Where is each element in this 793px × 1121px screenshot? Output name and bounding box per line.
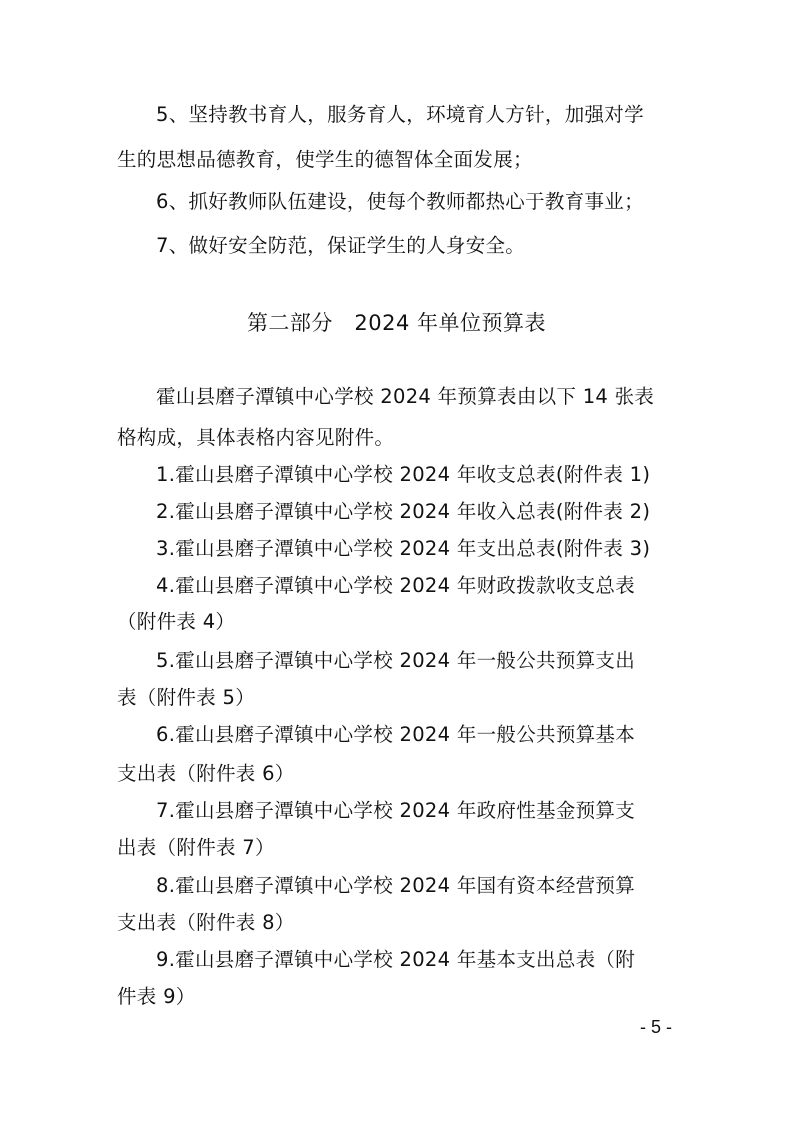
table-item-1: 1.霍山县磨子潭镇中心学校 2024 年收支总表(附件表 1) [156,463,650,487]
goal-5-line-1: 5、坚持教书育人，服务育人，环境育人方针，加强对学 [156,103,644,127]
table-item-8-line-1: 8.霍山县磨子潭镇中心学校 2024 年国有资本经营预算 [156,874,635,898]
table-item-4-line-1: 4.霍山县磨子潭镇中心学校 2024 年财政拨款收支总表 [156,574,635,598]
table-item-5-line-1: 5.霍山县磨子潭镇中心学校 2024 年一般公共预算支出 [156,649,635,673]
table-item-6-line-2: 支出表（附件表 6） [117,762,295,786]
goal-6-line-1: 6、抓好教师队伍建设，使每个教师都热心于教育事业； [156,190,644,214]
goal-5-line-2: 生的思想品德教育，使学生的德智体全面发展； [117,148,533,172]
page-number: - 5 - [640,1016,672,1038]
table-item-6-line-1: 6.霍山县磨子潭镇中心学校 2024 年一般公共预算基本 [156,723,635,747]
table-item-8-line-2: 支出表（附件表 8） [117,911,295,935]
goal-7-line-1: 7、做好安全防范，保证学生的人身安全。 [156,234,525,258]
section-heading: 第二部分 2024 年单位预算表 [0,310,793,336]
table-item-7-line-1: 7.霍山县磨子潭镇中心学校 2024 年政府性基金预算支 [156,799,635,823]
intro-line-1: 霍山县磨子潭镇中心学校 2024 年预算表由以下 14 张表 [156,385,654,409]
table-item-5-line-2: 表（附件表 5） [117,686,255,710]
table-item-9-line-1: 9.霍山县磨子潭镇中心学校 2024 年基本支出总表（附 [156,948,635,972]
intro-line-2: 格构成，具体表格内容见附件。 [117,426,394,450]
table-item-2: 2.霍山县磨子潭镇中心学校 2024 年收入总表(附件表 2) [156,500,650,524]
table-item-7-line-2: 出表（附件表 7） [117,836,275,860]
table-item-4-line-2: （附件表 4） [117,610,235,634]
table-item-9-line-2: 件表 9） [117,985,196,1009]
table-item-3: 3.霍山县磨子潭镇中心学校 2024 年支出总表(附件表 3) [156,537,650,561]
